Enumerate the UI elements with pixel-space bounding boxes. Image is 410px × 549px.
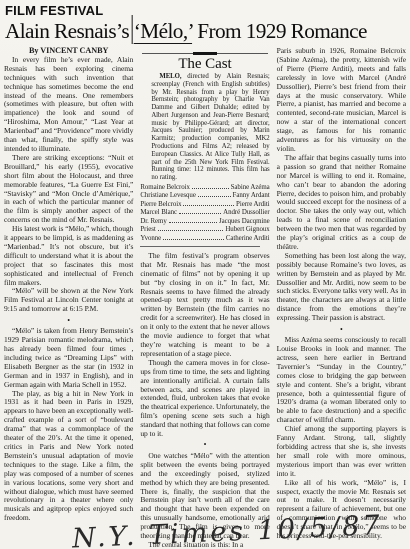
cast-actor: Hubert Gignoux (225, 226, 269, 234)
cast-row: Dr. RemyJacques Dacqmine (140, 218, 269, 226)
dot-leader (198, 196, 231, 197)
cast-actor: Catherine Arditi (226, 235, 270, 243)
cast-credits-lead: MELO, (159, 73, 181, 80)
section-kicker: FILM FESTIVAL (0, 0, 410, 18)
dot-leader (163, 239, 224, 240)
dot-leader (179, 213, 221, 214)
article-paragraph: Paris suburb in 1926, Romaine Belcroix (… (277, 47, 406, 154)
cast-row: Marcel BlancAndré Dussollier (140, 209, 269, 217)
section-divider-bullet: • (4, 317, 133, 325)
cast-role: Romaine Belcroix (140, 184, 190, 192)
cast-box-top-rule (142, 53, 267, 57)
cast-row: Christiane LevesqueFanny Ardant (140, 192, 269, 200)
cast-box-rule-tick (193, 52, 217, 56)
cast-box-title: The Cast (140, 60, 269, 69)
dot-leader (169, 222, 217, 223)
column-1: By VINCENT CANBY In every film he’s ever… (4, 47, 133, 549)
cast-row: YvonneCatherine Arditi (140, 235, 269, 243)
cast-role: Priest (140, 226, 155, 234)
article-columns: By VINCENT CANBY In every film he’s ever… (0, 47, 410, 549)
article-paragraph: The film festival’s program observes tha… (140, 252, 269, 359)
article-paragraph: His latest work is “Mélo,” which, though… (4, 225, 133, 287)
cast-actor: Sabine Azéma (231, 184, 270, 192)
newspaper-clipping: FILM FESTIVAL Alain Resnais’s ‘Mélo,’ Fr… (0, 0, 410, 549)
cast-actor: André Dussollier (223, 209, 269, 217)
column-2: The Cast MELO, directed by Alain Resnais… (140, 47, 269, 549)
cast-role: Pierre Belcroix (140, 201, 181, 209)
dot-leader (183, 205, 234, 206)
article-paragraph: “Mélo” is taken from Henry Bernstein’s 1… (4, 327, 133, 389)
cast-role: Dr. Remy (140, 218, 166, 226)
article-paragraph: Chief among the supporting players is Fa… (277, 425, 406, 478)
cast-credits-body: directed by Alain Resnais; screenplay (F… (151, 73, 269, 181)
cast-row: PriestHubert Gignoux (140, 226, 269, 234)
article-paragraph: Miss Azéma seems consciously to recall L… (277, 336, 406, 425)
article-paragraph: In every film he’s ever made, Alain Resn… (4, 56, 133, 154)
article-paragraph: There are striking exceptions: “Nuit et … (4, 154, 133, 225)
column-3: Paris suburb in 1926, Romaine Belcroix (… (277, 47, 406, 549)
headline-post: From 1929 Romance (192, 19, 366, 43)
cast-credits: MELO, directed by Alain Resnais; screenp… (140, 73, 269, 182)
headline: Alain Resnais’s ‘Mélo,’ From 1929 Romanc… (0, 18, 406, 47)
article-paragraph: Though the camera moves in for close-ups… (140, 359, 269, 439)
cast-actor: Fanny Ardant (233, 192, 270, 200)
cast-actor: Pierre Arditi (236, 201, 270, 209)
article-paragraph: Something has been lost along the way, p… (277, 252, 406, 323)
headline-marked-title: ‘Mélo,’ (134, 19, 193, 44)
headline-pre: Alain Resnais’s (5, 19, 134, 43)
cast-box-bottom-rule (140, 246, 259, 247)
cast-actor: Jacques Dacqmine (219, 218, 270, 226)
section-divider-bullet: • (140, 441, 269, 449)
dot-leader (192, 188, 229, 189)
dot-leader (158, 230, 224, 231)
cast-box: The Cast MELO, directed by Alain Resnais… (140, 53, 269, 247)
cast-list: Romaine BelcroixSabine Azéma Christiane … (140, 184, 269, 243)
cast-row: Pierre BelcroixPierre Arditi (140, 201, 269, 209)
section-divider-bullet: • (277, 326, 406, 334)
cast-row: Romaine BelcroixSabine Azéma (140, 184, 269, 192)
cast-role: Yvonne (140, 235, 161, 243)
article-paragraph: The affair that begins casually turns in… (277, 154, 406, 252)
cast-role: Marcel Blanc (140, 209, 177, 217)
article-paragraph: The play, as big a hit in New York in 19… (4, 390, 133, 524)
article-paragraph: “Mélo” will be shown at the New York Fil… (4, 287, 133, 314)
cast-role: Christiane Levesque (140, 192, 196, 200)
